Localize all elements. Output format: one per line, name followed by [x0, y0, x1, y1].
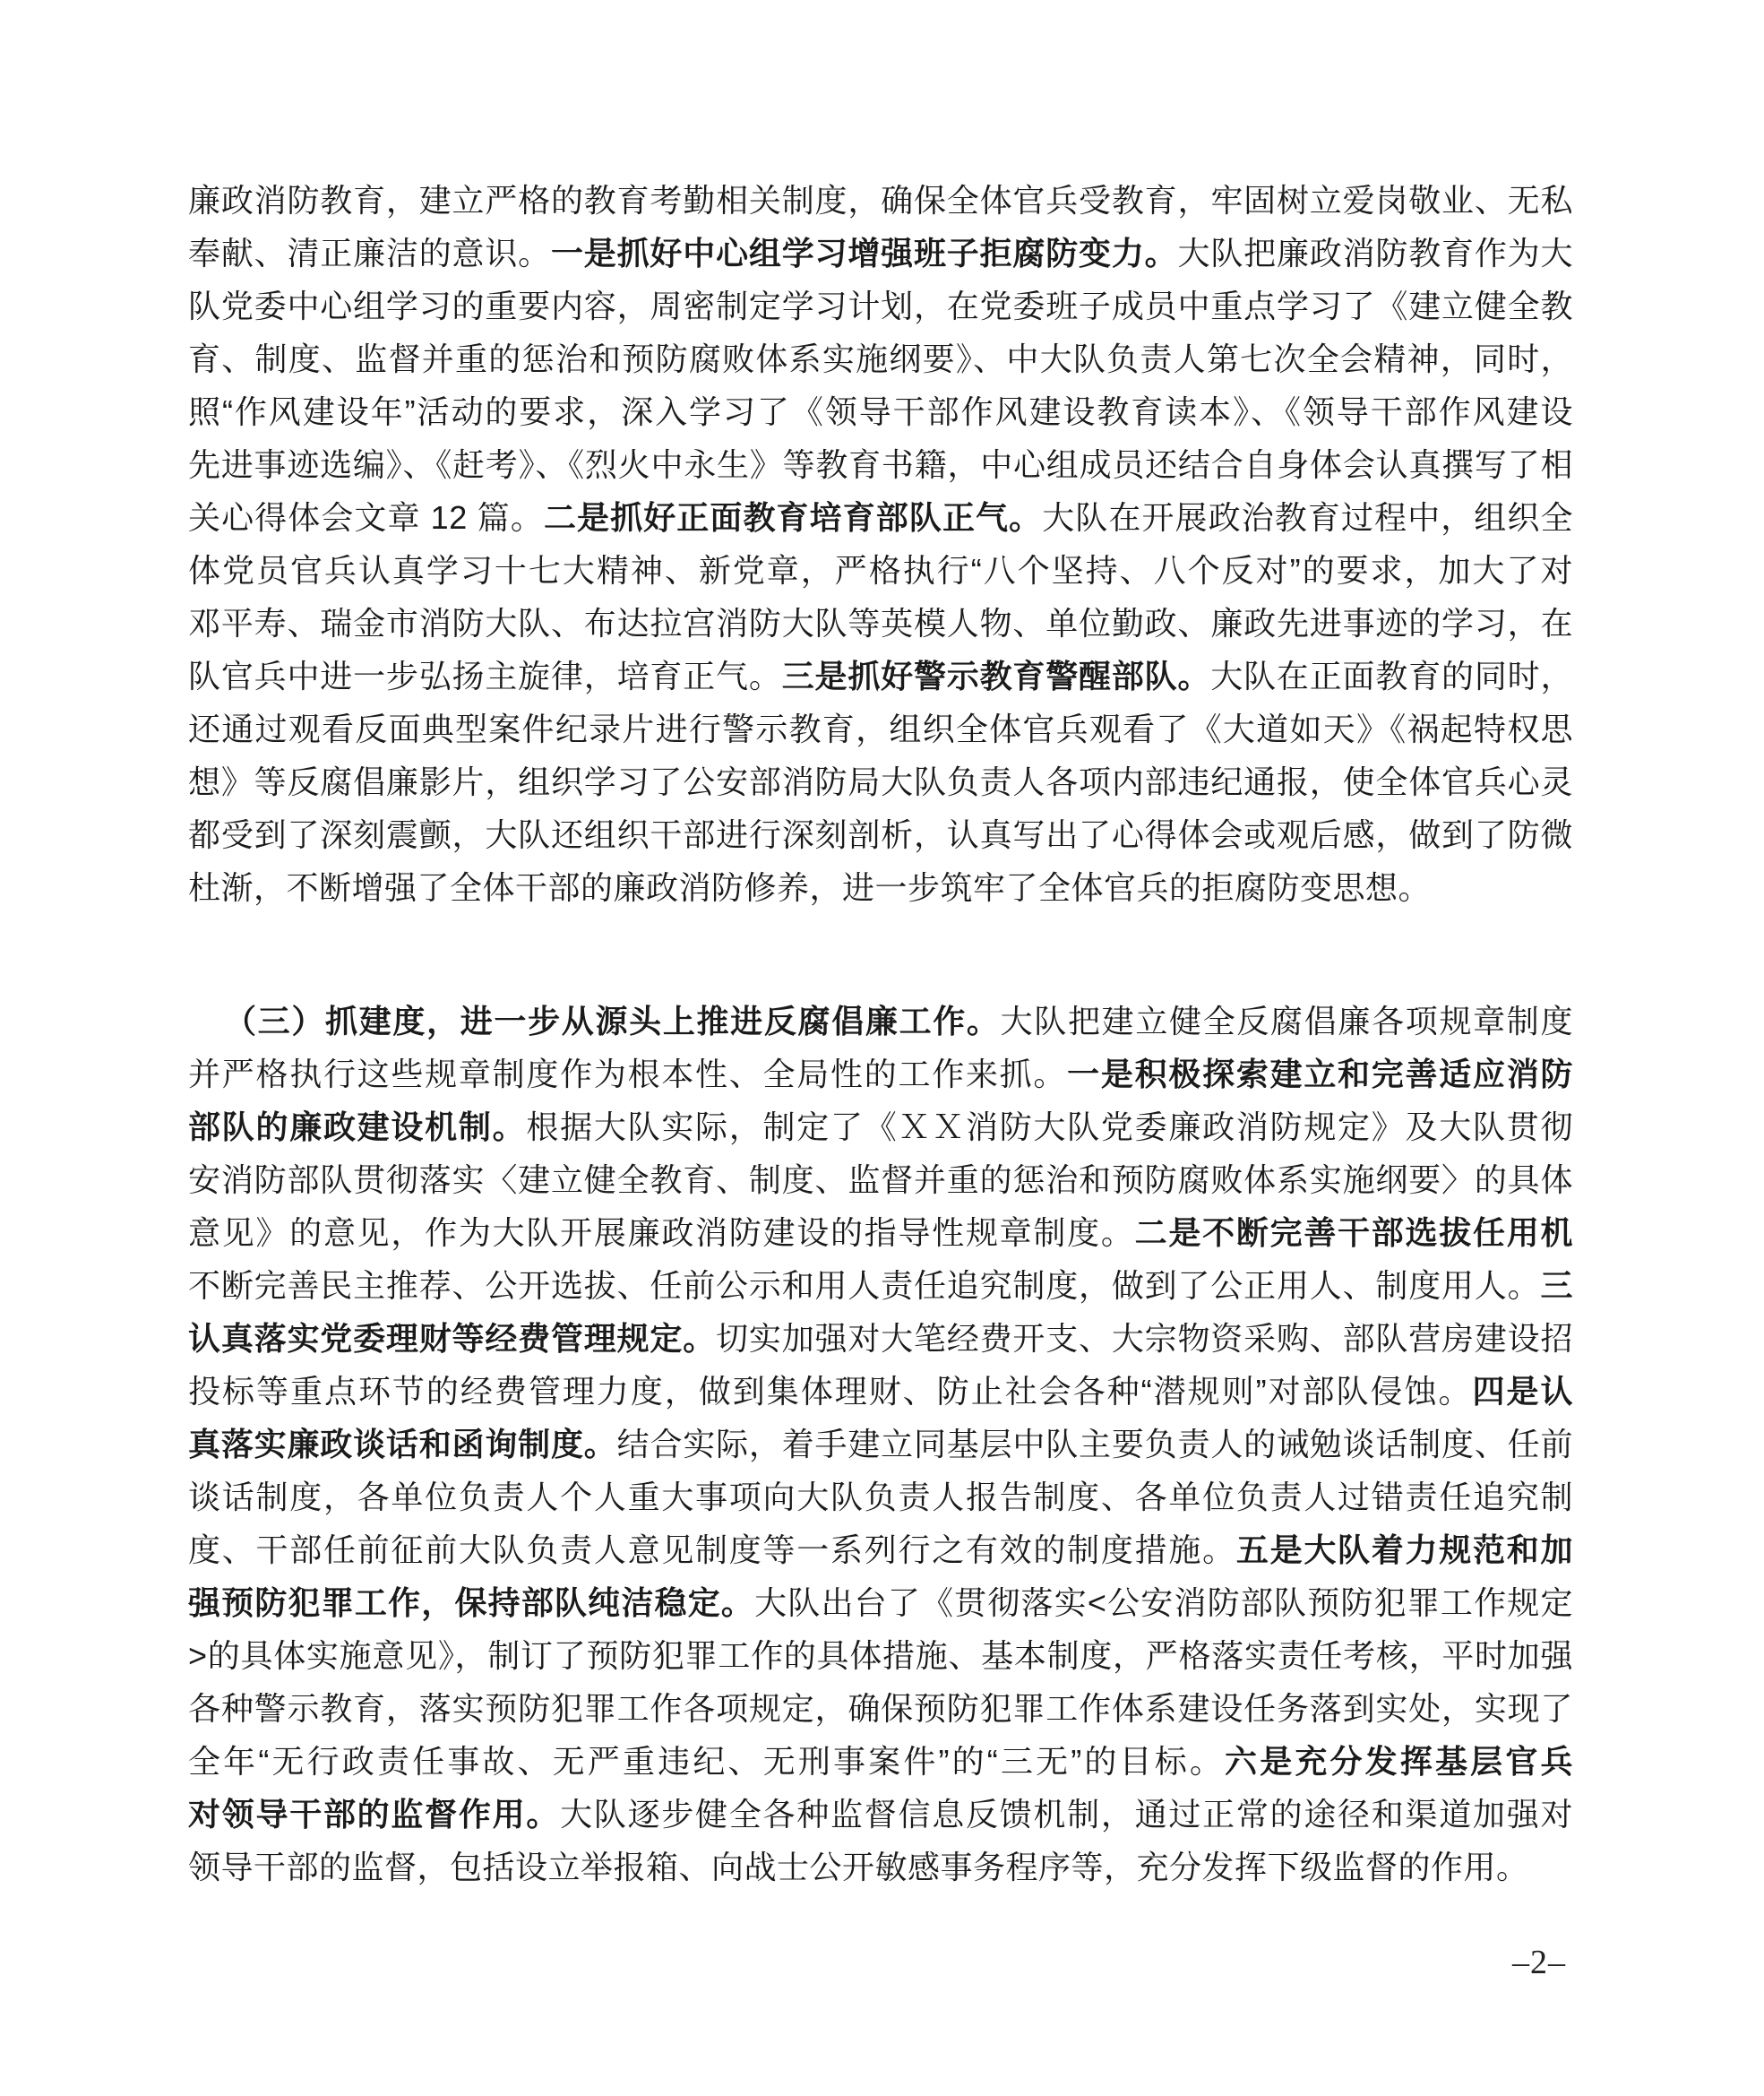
- emphasis-text: 二是抓好正面教育培育部队正气。: [544, 499, 1042, 536]
- body-text: 投标等重点环节的经费管理力度，做到集体理财、防止社会各种“潜规则”对部队侵蚀。: [188, 1373, 1473, 1410]
- text-line: 都受到了深刻震颤，大队还组织干部进行深刻剖析，认真写出了心得体会或观后感，做到了…: [188, 808, 1573, 861]
- body-text: 体党员官兵认真学习十七大精神、新党章，严格执行“八个坚持、八个反对”的要求，加大…: [188, 552, 1573, 589]
- paragraph: （三）抓建度，进一步从源头上推进反腐倡廉工作。大队把建立健全反腐倡廉各项规章制度…: [188, 995, 1573, 1893]
- body-text: 杜渐，不断增强了全体干部的廉政消防修养，进一步筑牢了全体官兵的拒腐防变思想。: [188, 869, 1431, 906]
- text-line: 对领导干部的监督作用。大队逐步健全各种监督信息反馈机制，通过正常的途径和渠道加强…: [188, 1788, 1573, 1841]
- text-line: 奉献、清正廉洁的意识。一是抓好中心组学习增强班子拒腐防变力。大队把廉政消防教育作…: [188, 227, 1573, 280]
- text-line: 队党委中心组学习的重要内容，周密制定学习计划，在党委班子成员中重点学习了《建立健…: [188, 280, 1573, 332]
- body-text: 奉献、清正廉洁的意识。: [188, 235, 551, 272]
- text-line: 体党员官兵认真学习十七大精神、新党章，严格执行“八个坚持、八个反对”的要求，加大…: [188, 544, 1573, 597]
- body-text: 切实加强对大笔经费开支、大宗物资采购、部队营房建设招: [716, 1320, 1573, 1357]
- body-text: 谈话制度，各单位负责人个人重大事项向大队负责人报告制度、各单位负责人过错责任追究…: [188, 1479, 1573, 1515]
- emphasis-text: 一是积极探索建立和完善适应消防: [1067, 1056, 1573, 1092]
- body-text: 领导干部的监督，包括设立举报箱、向战士公开敏感事务程序等，充分发挥下级监督的作用…: [188, 1849, 1529, 1885]
- body-text: 安消防部队贯彻落实〈建立健全教育、制度、监督并重的惩治和预防腐败体系实施纲要〉的…: [188, 1161, 1573, 1198]
- text-line: 各种警示教育，落实预防犯罪工作各项规定，确保预防犯罪工作体系建设任务落到实处，实…: [188, 1682, 1573, 1735]
- text-line: 部队的廉政建设机制。根据大队实际，制定了《ＸＸ消防大队党委廉政消防规定》及大队贯…: [188, 1100, 1573, 1153]
- body-text: 先进事迹选编》、《赶考》、《烈火中永生》等教育书籍，中心组成员还结合自身体会认真…: [188, 446, 1573, 483]
- text-line: 认真落实党委理财等经费管理规定。切实加强对大笔经费开支、大宗物资采购、部队营房建…: [188, 1312, 1573, 1365]
- text-line: 杜渐，不断增强了全体干部的廉政消防修养，进一步筑牢了全体官兵的拒腐防变思想。: [188, 861, 1573, 914]
- emphasis-text: 一是抓好中心组学习增强班子拒腐防变力。: [551, 235, 1178, 272]
- text-line: 队官兵中进一步弘扬主旋律，培育正气。三是抓好警示教育警醒部队。大队在正面教育的同…: [188, 650, 1573, 703]
- emphasis-text: 五是大队着力规范和加: [1236, 1531, 1573, 1568]
- body-text: 想》等反腐倡廉影片，组织学习了公安部消防局大队负责人各项内部违纪通报，使全体官兵…: [188, 763, 1573, 800]
- body-text: 关心得体会文章 12 篇。: [188, 499, 544, 536]
- text-line: 育、制度、监督并重的惩治和预防腐败体系实施纲要》、中大队负责人第七次全会精神，同…: [188, 332, 1573, 385]
- emphasis-text: 认真落实党委理财等经费管理规定。: [188, 1320, 716, 1357]
- emphasis-text: 四是认: [1473, 1373, 1573, 1410]
- text-line: 邓平寿、瑞金市消防大队、布达拉宫消防大队等英模人物、单位勤政、廉政先进事迹的学习…: [188, 597, 1573, 650]
- body-text: 度、干部任前征前大队负责人意见制度等一系列行之有效的制度措施。: [188, 1531, 1236, 1568]
- text-line: 度、干部任前征前大队负责人意见制度等一系列行之有效的制度措施。五是大队着力规范和…: [188, 1523, 1573, 1576]
- paragraph: 廉政消防教育，建立严格的教育考勤相关制度，确保全体官兵受教育，牢固树立爱岗敬业、…: [188, 174, 1573, 914]
- body-text: 育、制度、监督并重的惩治和预防腐败体系实施纲要》、中大队负责人第七次全会精神，同…: [188, 341, 1573, 385]
- text-line: >的具体实施意见》，制订了预防犯罪工作的具体措施、基本制度，严格落实责任考核，平…: [188, 1629, 1573, 1682]
- body-text: 意见》的意见，作为大队开展廉政消防建设的指导性规章制度。: [188, 1214, 1135, 1251]
- text-line: 安消防部队贯彻落实〈建立健全教育、制度、监督并重的惩治和预防腐败体系实施纲要〉的…: [188, 1153, 1573, 1206]
- text-line: 意见》的意见，作为大队开展廉政消防建设的指导性规章制度。二是不断完善干部选拔任用…: [188, 1206, 1573, 1259]
- document-page: 廉政消防教育，建立严格的教育考勤相关制度，确保全体官兵受教育，牢固树立爱岗敬业、…: [0, 0, 1764, 2096]
- emphasis-text: 部队的廉政建设机制。: [188, 1108, 526, 1145]
- text-line: （三）抓建度，进一步从源头上推进反腐倡廉工作。大队把建立健全反腐倡廉各项规章制度: [188, 995, 1573, 1048]
- emphasis-text: （三）抓建度，进一步从源头上推进反腐倡廉工作。: [224, 1003, 1001, 1039]
- text-line: 先进事迹选编》、《赶考》、《烈火中永生》等教育书籍，中心组成员还结合自身体会认真…: [188, 438, 1573, 491]
- body-text: 大队逐步健全各种监督信息反馈机制，通过正常的途径和渠道加强对: [560, 1796, 1573, 1833]
- body-text: 全年“无行政责任事故、无严重违纪、无刑事案件”的“三无”的目标。: [188, 1743, 1225, 1780]
- text-line: 照“作风建设年”活动的要求，深入学习了《领导干部作风建设教育读本》、《领导干部作…: [188, 385, 1573, 438]
- body-text: 队官兵中进一步弘扬主旋律，培育正气。: [188, 658, 782, 694]
- text-line: 不断完善民主推荐、公开选拔、任前公示和用人责任追究制度，做到了公正用人、制度用人…: [188, 1259, 1573, 1312]
- text-line: 真落实廉政谈话和函询制度。结合实际，着手建立同基层中队主要负责人的诫勉谈话制度、…: [188, 1418, 1573, 1471]
- emphasis-text: 真落实廉政谈话和函询制度。: [188, 1426, 617, 1462]
- body-text: 照“作风建设年”活动的要求，深入学习了《领导干部作风建设教育读本》、《领导干部作…: [188, 393, 1573, 430]
- text-line: 想》等反腐倡廉影片，组织学习了公安部消防局大队负责人各项内部违纪通报，使全体官兵…: [188, 755, 1573, 808]
- emphasis-text: 对领导干部的监督作用。: [188, 1796, 560, 1833]
- body-text: 廉政消防教育，建立严格的教育考勤相关制度，确保全体官兵受教育，牢固树立爱岗敬业、…: [188, 182, 1573, 219]
- body-text: 不断完善民主推荐、公开选拔、任前公示和用人责任追究制度，做到了公正用人、制度用人…: [188, 1267, 1540, 1304]
- emphasis-text: 三是抓好警示教育警醒部队。: [782, 658, 1211, 694]
- body-text: 大队出台了《贯彻落实<公安消防部队预防犯罪工作规定: [754, 1584, 1573, 1621]
- body-text: 大队在正面教育的同时，: [1210, 658, 1573, 694]
- text-line: 并严格执行这些规章制度作为根本性、全局性的工作来抓。一是积极探索建立和完善适应消…: [188, 1048, 1573, 1100]
- text-line: 全年“无行政责任事故、无严重违纪、无刑事案件”的“三无”的目标。六是充分发挥基层…: [188, 1735, 1573, 1788]
- body-text: 各种警示教育，落实预防犯罪工作各项规定，确保预防犯罪工作体系建设任务落到实处，实…: [188, 1690, 1573, 1727]
- body-text: >的具体实施意见》，制订了预防犯罪工作的具体措施、基本制度，严格落实责任考核，平…: [188, 1637, 1573, 1674]
- body-text: 都受到了深刻震颤，大队还组织干部进行深刻剖析，认真写出了心得体会或观后感，做到了…: [188, 816, 1573, 853]
- page-number: –2–: [1512, 1943, 1566, 1982]
- body-text: 并严格执行这些规章制度作为根本性、全局性的工作来抓。: [188, 1056, 1067, 1092]
- body-text: 队党委中心组学习的重要内容，周密制定学习计划，在党委班子成员中重点学习了《建立健…: [188, 288, 1573, 324]
- text-line: 强预防犯罪工作，保持部队纯洁稳定。大队出台了《贯彻落实<公安消防部队预防犯罪工作…: [188, 1576, 1573, 1629]
- body-text: 邓平寿、瑞金市消防大队、布达拉宫消防大队等英模人物、单位勤政、廉政先进事迹的学习…: [188, 605, 1573, 650]
- body-text: 大队把廉政消防教育作为大: [1178, 235, 1573, 272]
- text-line: 领导干部的监督，包括设立举报箱、向战士公开敏感事务程序等，充分发挥下级监督的作用…: [188, 1841, 1573, 1893]
- text-line: 投标等重点环节的经费管理力度，做到集体理财、防止社会各种“潜规则”对部队侵蚀。四…: [188, 1365, 1573, 1418]
- emphasis-text: 六是充分发挥基层官兵: [1225, 1743, 1573, 1780]
- text-line: 廉政消防教育，建立严格的教育考勤相关制度，确保全体官兵受教育，牢固树立爱岗敬业、…: [188, 174, 1573, 227]
- body-text: 大队把建立健全反腐倡廉各项规章制度: [1001, 1003, 1573, 1039]
- text-line: 还通过观看反面典型案件纪录片进行警示教育，组织全体官兵观看了《大道如天》《祸起特…: [188, 703, 1573, 755]
- text-line: 谈话制度，各单位负责人个人重大事项向大队负责人报告制度、各单位负责人过错责任追究…: [188, 1471, 1573, 1523]
- body-text: 还通过观看反面典型案件纪录片进行警示教育，组织全体官兵观看了《大道如天》《祸起特…: [188, 711, 1573, 747]
- body-text: 大队在开展政治教育过程中，组织全: [1042, 499, 1573, 536]
- document-body: 廉政消防教育，建立严格的教育考勤相关制度，确保全体官兵受教育，牢固树立爱岗敬业、…: [188, 174, 1573, 1893]
- text-line: 关心得体会文章 12 篇。二是抓好正面教育培育部队正气。大队在开展政治教育过程中…: [188, 491, 1573, 544]
- emphasis-text: 强预防犯罪工作，保持部队纯洁稳定。: [188, 1584, 754, 1621]
- body-text: 结合实际，着手建立同基层中队主要负责人的诫勉谈话制度、任前: [617, 1426, 1573, 1462]
